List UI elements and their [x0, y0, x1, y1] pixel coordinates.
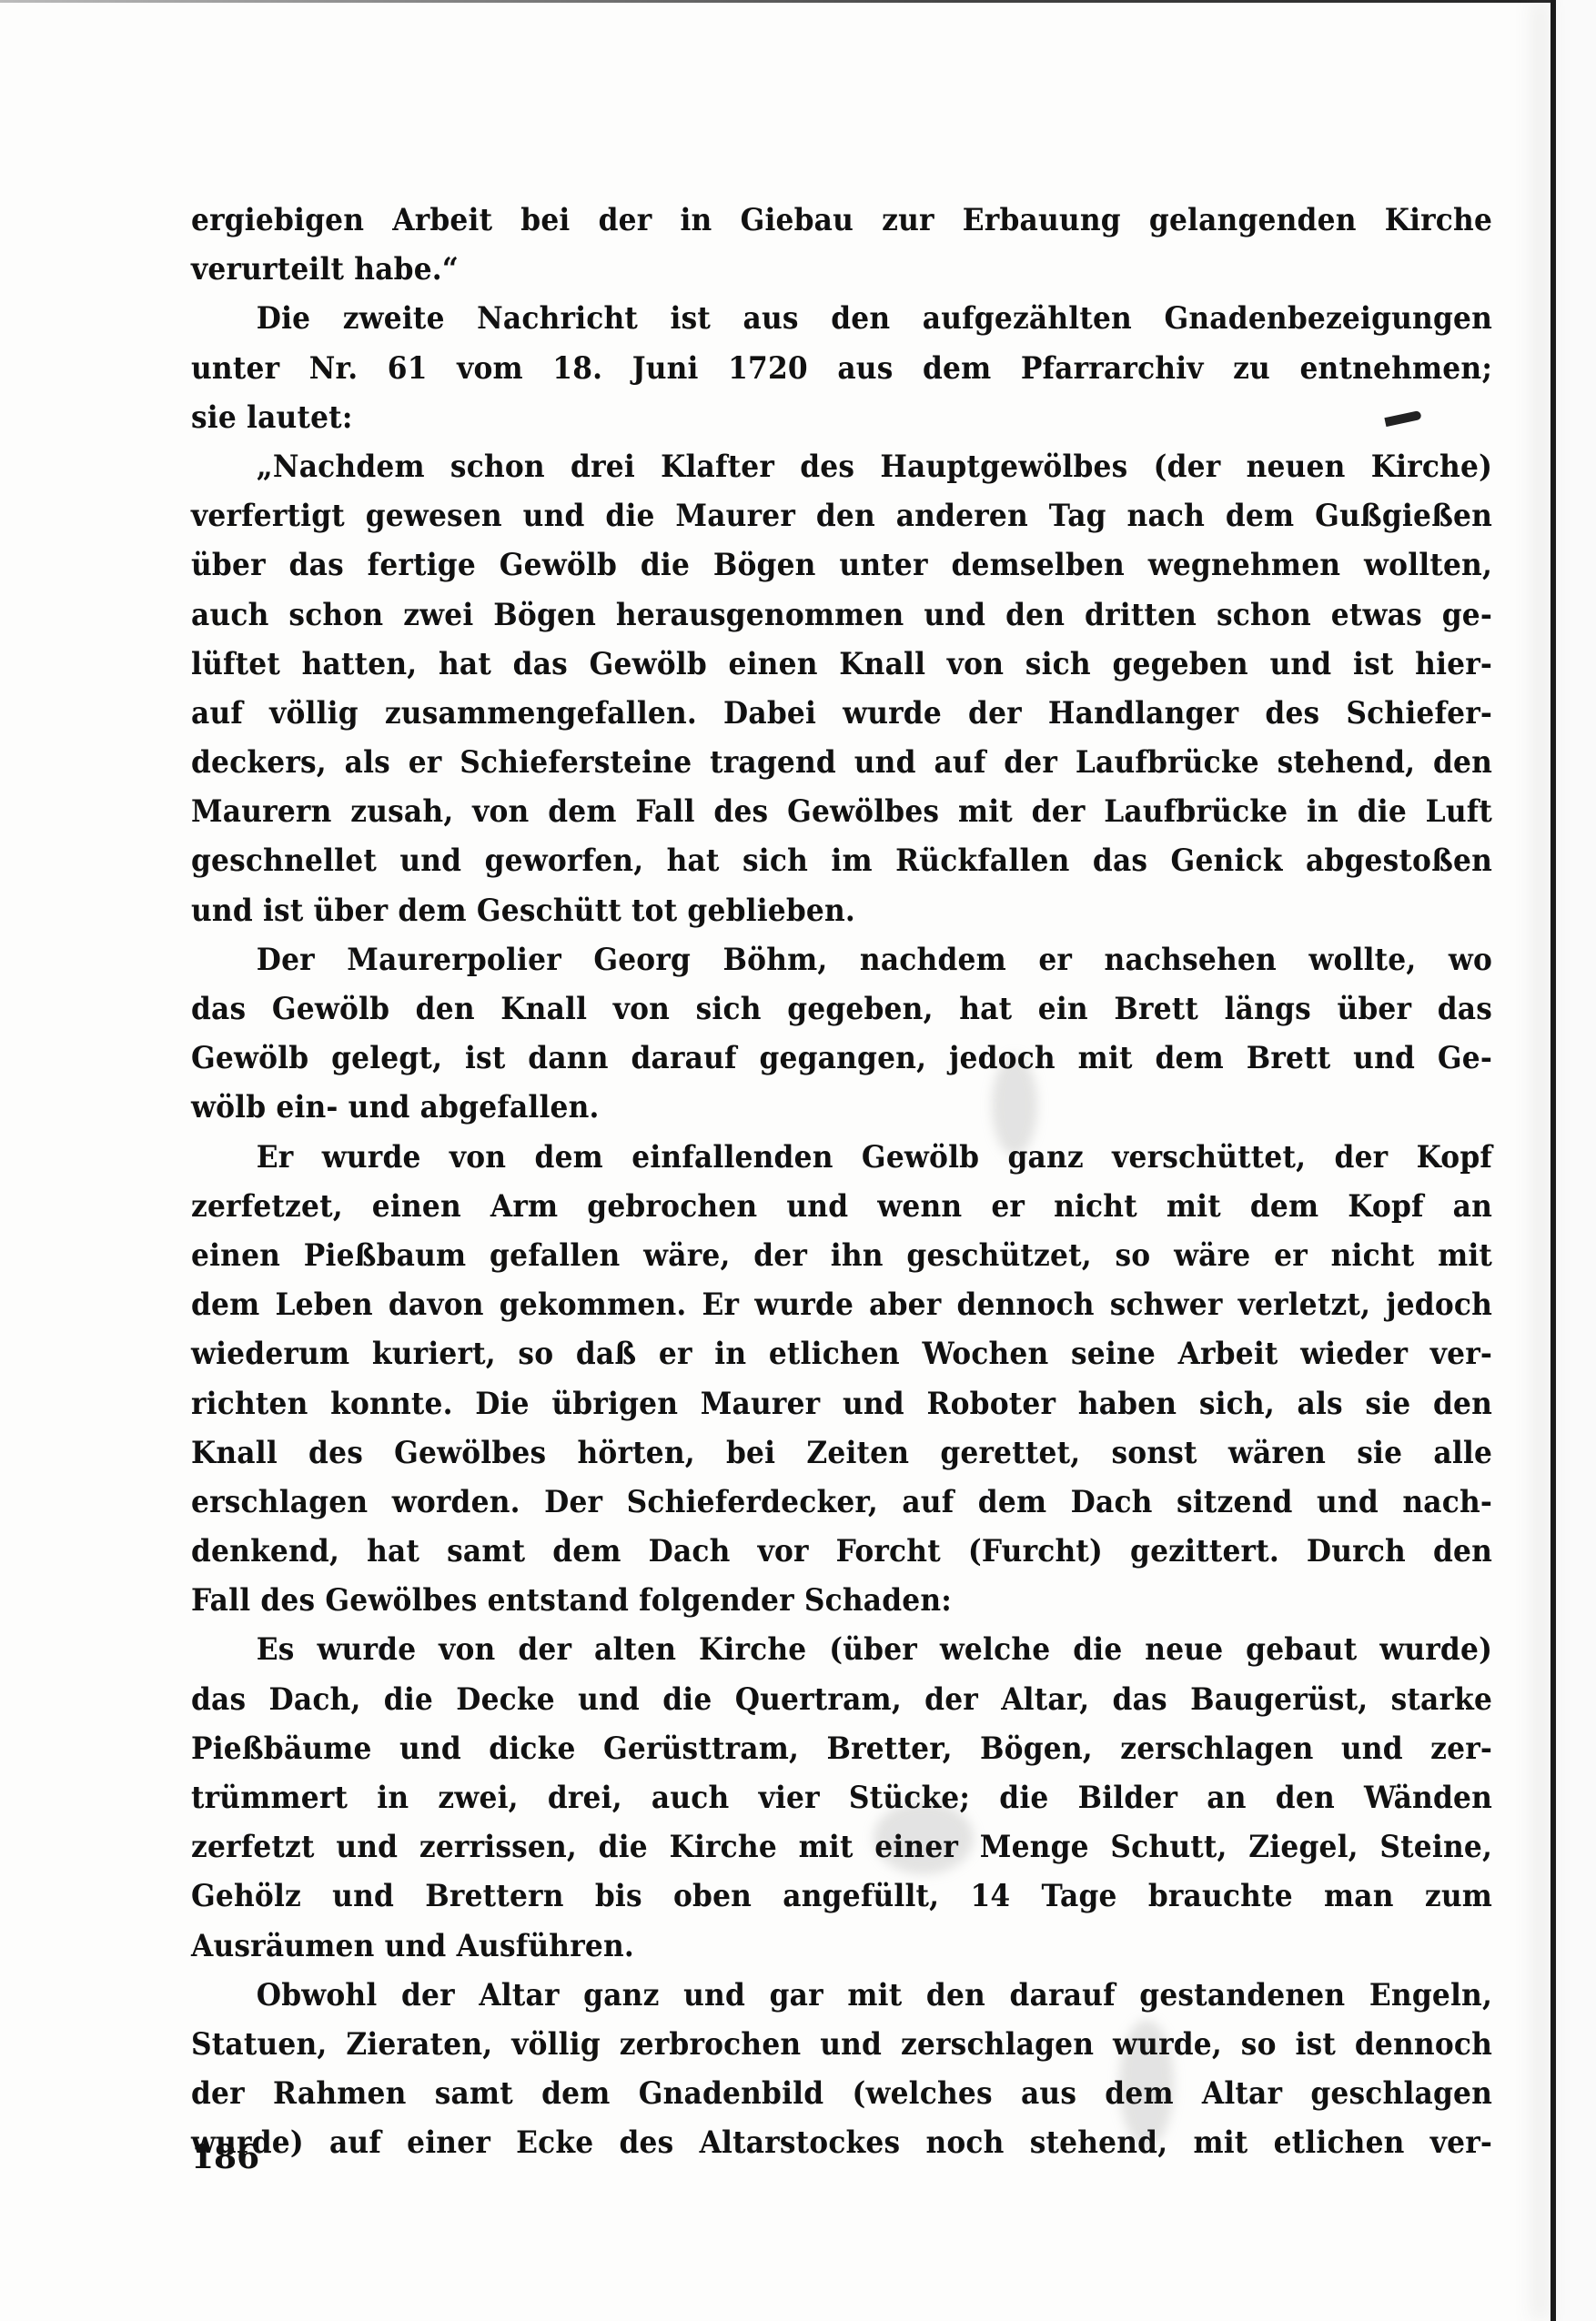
text-line: Der Maurerpolier Georg Böhm, nachdem er …	[191, 935, 1492, 984]
text-line: verurteilt habe.“	[191, 245, 1492, 294]
text-line: auch schon zwei Bögen herausgenommen und…	[191, 590, 1492, 640]
text-line: das Gewölb den Knall von sich gegeben, h…	[191, 984, 1492, 1034]
paragraph: Es wurde von der alten Kirche (über welc…	[191, 1625, 1492, 1970]
page-top-edge	[0, 0, 1596, 3]
text-line: wiederum kuriert, so daß er in etlichen …	[191, 1329, 1492, 1378]
text-line: Fall des Gewölbes entstand folgender Sch…	[191, 1576, 1492, 1625]
text-line: Gehölz und Brettern bis oben angefüllt, …	[191, 1872, 1492, 1921]
text-line: deckers, als er Schiefersteine tragend u…	[191, 738, 1492, 787]
text-line: Maurern zusah, von dem Fall des Gewölbes…	[191, 787, 1492, 836]
text-line: auf völlig zusammengefallen. Dabei wurde…	[191, 689, 1492, 738]
paragraph: Der Maurerpolier Georg Böhm, nachdem er …	[191, 935, 1492, 1133]
text-line: verfertigt gewesen und die Maurer den an…	[191, 491, 1492, 540]
text-line: Ausräumen und Ausführen.	[191, 1922, 1492, 1971]
text-line: einen Pießbaum gefallen wäre, der ihn ge…	[191, 1231, 1492, 1280]
text-line: wurde) auf einer Ecke des Altarstockes n…	[191, 2118, 1492, 2167]
text-line: Gewölb gelegt, ist dann darauf gegangen,…	[191, 1034, 1492, 1083]
text-line: richten konnte. Die übrigen Maurer und R…	[191, 1379, 1492, 1428]
text-line: Statuen, Zieraten, völlig zerbrochen und…	[191, 2020, 1492, 2069]
text-line: erschlagen worden. Der Schieferdecker, a…	[191, 1478, 1492, 1527]
text-line: geschnellet und geworfen, hat sich im Rü…	[191, 836, 1492, 885]
text-line: der Rahmen samt dem Gnadenbild (welches …	[191, 2069, 1492, 2118]
text-line: Es wurde von der alten Kirche (über welc…	[191, 1625, 1492, 1674]
text-line: Die zweite Nachricht ist aus den aufgezä…	[191, 294, 1492, 343]
text-line: zerfetzt und zerrissen, die Kirche mit e…	[191, 1822, 1492, 1872]
text-line: denkend, hat samt dem Dach vor Forcht (F…	[191, 1527, 1492, 1576]
text-line: Obwohl der Altar ganz und gar mit den da…	[191, 1971, 1492, 2020]
paragraph: Die zweite Nachricht ist aus den aufgezä…	[191, 294, 1492, 442]
text-line: Pießbäume und dicke Gerüsttram, Bretter,…	[191, 1724, 1492, 1773]
text-line: und ist über dem Geschütt tot geblieben.	[191, 886, 1492, 935]
text-line: sie lautet:	[191, 393, 1492, 442]
text-line: Er wurde von dem einfallenden Gewölb gan…	[191, 1133, 1492, 1182]
book-spine-shadow	[1551, 0, 1556, 2321]
page-number: 186	[191, 2138, 259, 2176]
text-line: Knall des Gewölbes hörten, bei Zeiten ge…	[191, 1428, 1492, 1478]
text-line: das Dach, die Decke und die Quertram, de…	[191, 1675, 1492, 1724]
text-line: trümmert in zwei, drei, auch vier Stücke…	[191, 1773, 1492, 1822]
paragraph: „Nachdem schon drei Klafter des Hauptgew…	[191, 442, 1492, 935]
text-line: lüftet hatten, hat das Gewölb einen Knal…	[191, 640, 1492, 689]
text-line: wölb ein- und abgefallen.	[191, 1083, 1492, 1132]
paragraph: Obwohl der Altar ganz und gar mit den da…	[191, 1971, 1492, 2168]
text-line: „Nachdem schon drei Klafter des Hauptgew…	[191, 442, 1492, 491]
paragraph: Er wurde von dem einfallenden Gewölb gan…	[191, 1133, 1492, 1626]
text-line: unter Nr. 61 vom 18. Juni 1720 aus dem P…	[191, 344, 1492, 393]
facing-page-edge	[1556, 0, 1596, 2321]
text-line: über das fertige Gewölb die Bögen unter …	[191, 540, 1492, 590]
text-line: dem Leben davon gekommen. Er wurde aber …	[191, 1280, 1492, 1329]
text-line: ergiebigen Arbeit bei der in Giebau zur …	[191, 196, 1492, 245]
page-body-text: ergiebigen Arbeit bei der in Giebau zur …	[191, 196, 1492, 2168]
paragraph: ergiebigen Arbeit bei der in Giebau zur …	[191, 196, 1492, 294]
text-line: zerfetzet, einen Arm gebrochen und wenn …	[191, 1182, 1492, 1231]
